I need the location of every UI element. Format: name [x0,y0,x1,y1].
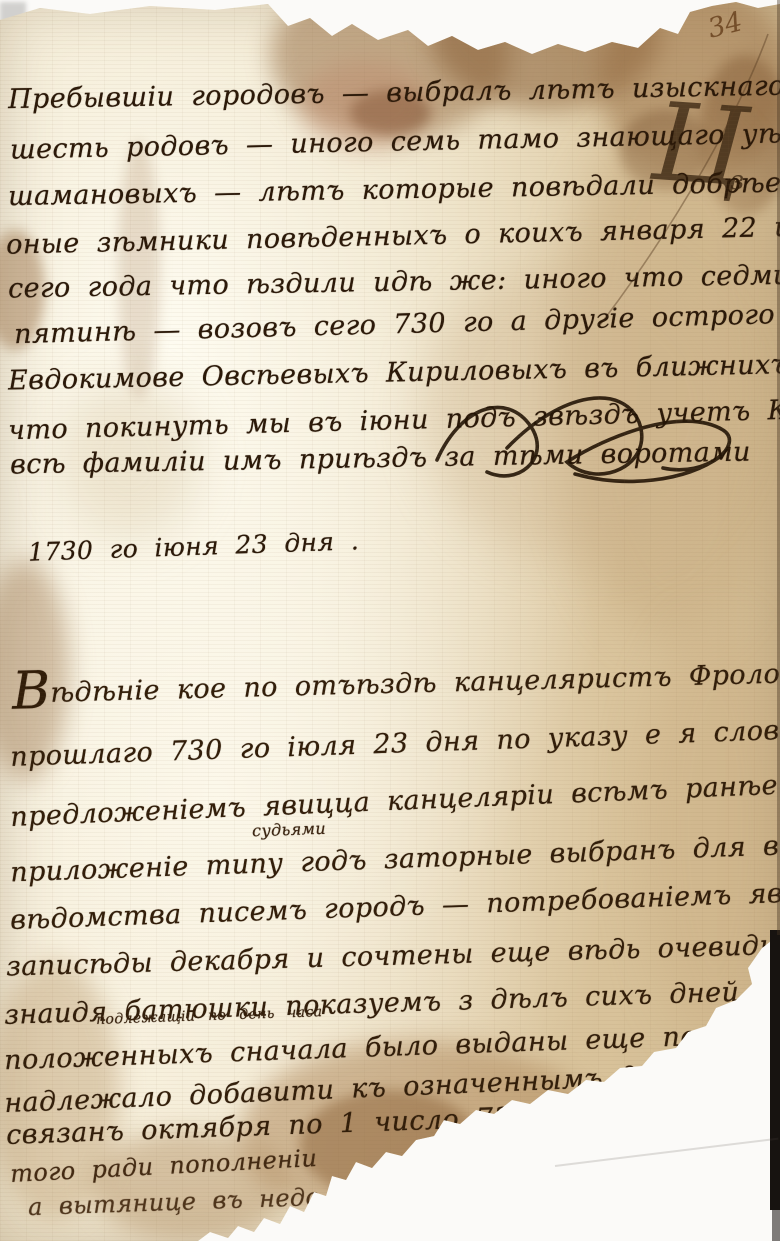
drop-initial: В [11,661,51,722]
scanned-manuscript: 34 Ц з Пребывшіи городовъ — выбралъ лѣтъ… [0,0,780,1241]
backing-crease [555,1138,779,1167]
scan-edge [770,930,780,1210]
manuscript-page: 34 Ц з Пребывшіи городовъ — выбралъ лѣтъ… [0,0,780,1241]
signature-flourish [425,378,755,493]
scan-edge [772,1210,780,1241]
date-line: 1730 го іюня 23 дня . [28,526,360,567]
interline-insertion: судьями [252,819,327,841]
